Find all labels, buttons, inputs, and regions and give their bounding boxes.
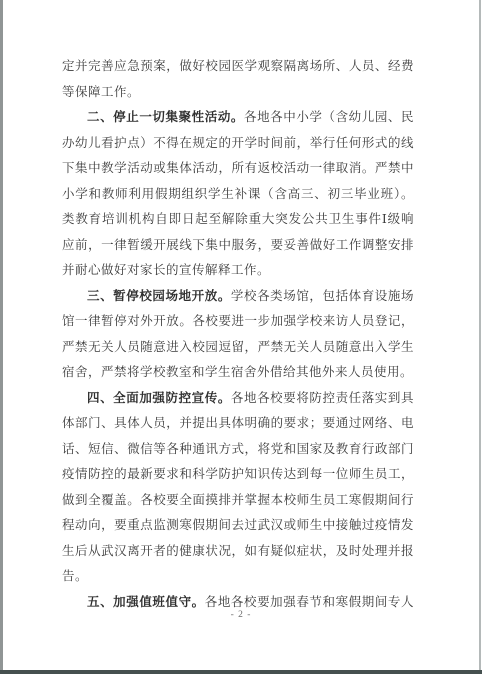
text-line: 话、短信、微信等各种通讯方式，将党和国家及教育行政部门: [62, 437, 414, 463]
text-run: 生后从武汉离开者的健康状况，如有疑似症状，及时处理并报: [62, 544, 414, 558]
text-line: 类教育培训机构自即日起至解除重大突发公共卫生事件Ⅰ级响: [62, 207, 414, 233]
text-run: 各地各校要加强春节和寒假期间专人: [205, 595, 414, 609]
heading-run: 四、全面加强防控宣传。: [87, 391, 231, 405]
text-line: 四、全面加强防控宣传。各地各校要将防控责任落实到具: [62, 386, 414, 412]
text-run: 并耐心做好对家长的宣传解释工作。: [62, 263, 270, 277]
text-line: 严禁无关人员随意进入校园逗留，严禁无关人员随意出入学生: [62, 335, 414, 361]
text-line: 定并完善应急预案，做好校园医学观察隔离场所、人员、经费: [62, 54, 414, 80]
text-line: 小学和教师利用假期组织学生补课（含高三、初三毕业班）。各: [62, 182, 414, 208]
text-line: 告。: [62, 564, 414, 590]
text-line: 办幼儿看护点）不得在规定的开学时间前，举行任何形式的线: [62, 131, 414, 157]
text-run: 体部门、具体人员，并提出具体明确的要求；要通过网络、电: [62, 416, 414, 430]
text-run: 等保障工作。: [62, 85, 140, 99]
text-run: 应前，一律暂缓开展线下集中服务，要妥善做好工作调整安排: [62, 238, 414, 252]
text-run: 办幼儿看护点）不得在规定的开学时间前，举行任何形式的线: [62, 136, 414, 150]
document-body: 定并完善应急预案，做好校园医学观察隔离场所、人员、经费 等保障工作。 二、停止一…: [62, 54, 414, 615]
text-line: 下集中教学活动或集体活动，所有返校活动一律取消。严禁中: [62, 156, 414, 182]
text-run: 馆一律暂停对外开放。各校要进一步加强学校来访人员登记，: [62, 314, 414, 328]
text-run: 各地各校要将防控责任落实到具: [231, 391, 414, 405]
text-line: 并耐心做好对家长的宣传解释工作。: [62, 258, 414, 284]
text-line: 三、暂停校园场地开放。学校各类场馆，包括体育设施场: [62, 284, 414, 310]
text-run: 各地各中小学（含幼儿园、民: [244, 110, 414, 124]
text-line: 馆一律暂停对外开放。各校要进一步加强学校来访人员登记，: [62, 309, 414, 335]
scan-border-right: [479, 0, 481, 674]
text-line: 应前，一律暂缓开展线下集中服务，要妥善做好工作调整安排: [62, 233, 414, 259]
text-run: 宿舍，严禁将学校教室和学生宿舍外借给其他外来人员使用。: [62, 365, 413, 379]
text-run: 疫情防控的最新要求和科学防护知识传达到每一位师生员工，: [62, 467, 414, 481]
text-line: 等保障工作。: [62, 80, 414, 106]
text-run: 程动向，要重点监测寒假期间去过武汉或师生中接触过疫情发: [62, 518, 414, 532]
text-run: 做到全覆盖。各校要全面摸排并掌握本校师生员工寒假期间行: [62, 493, 414, 507]
scan-border-left: [0, 0, 3, 674]
text-run: 类教育培训机构自即日起至解除重大突发公共卫生事件Ⅰ级响: [62, 212, 414, 226]
text-line: 做到全覆盖。各校要全面摸排并掌握本校师生员工寒假期间行: [62, 488, 414, 514]
heading-run: 二、停止一切集聚性活动。: [87, 110, 244, 124]
text-run: 严禁无关人员随意进入校园逗留，严禁无关人员随意出入学生: [62, 340, 414, 354]
text-run: 告。: [62, 569, 88, 583]
text-line: 程动向，要重点监测寒假期间去过武汉或师生中接触过疫情发: [62, 513, 414, 539]
text-line: 生后从武汉离开者的健康状况，如有疑似症状，及时处理并报: [62, 539, 414, 565]
heading-run: 三、暂停校园场地开放。: [87, 289, 231, 303]
text-run: 学校各类场馆，包括体育设施场: [231, 289, 414, 303]
scan-border-bottom: [0, 670, 482, 674]
text-line: 二、停止一切集聚性活动。各地各中小学（含幼儿园、民: [62, 105, 414, 131]
text-line: 疫情防控的最新要求和科学防护知识传达到每一位师生员工，: [62, 462, 414, 488]
page-number: - 2 -: [0, 610, 482, 620]
text-run: 下集中教学活动或集体活动，所有返校活动一律取消。严禁中: [62, 161, 414, 175]
document-page: 定并完善应急预案，做好校园医学观察隔离场所、人员、经费 等保障工作。 二、停止一…: [0, 0, 482, 674]
text-run: 小学和教师利用假期组织学生补课（含高三、初三毕业班）。各: [62, 187, 414, 208]
heading-run: 五、加强值班值守。: [87, 595, 205, 609]
text-run: 话、短信、微信等各种通讯方式，将党和国家及教育行政部门: [62, 442, 414, 456]
text-line: 宿舍，严禁将学校教室和学生宿舍外借给其他外来人员使用。: [62, 360, 414, 386]
text-line: 体部门、具体人员，并提出具体明确的要求；要通过网络、电: [62, 411, 414, 437]
text-run: 定并完善应急预案，做好校园医学观察隔离场所、人员、经费: [62, 59, 414, 73]
